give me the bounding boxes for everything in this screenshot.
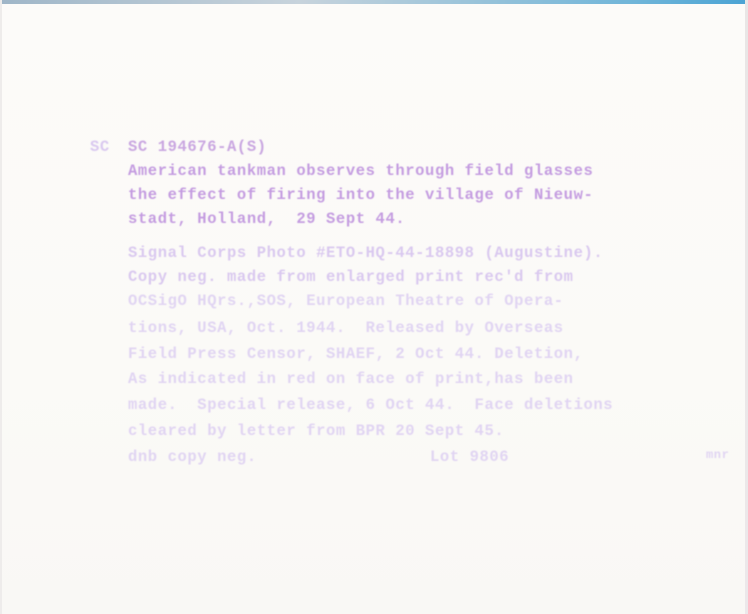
credit-line-4: tions, USA, Oct. 1944. Released by Overs…	[128, 319, 564, 337]
typewritten-caption: SC SC 194676-A(S) American tankman obser…	[0, 0, 748, 614]
photo-id: SC 194676-A(S)	[128, 138, 267, 156]
caption-line-1: American tankman observes through field …	[128, 162, 593, 180]
photo-id-prefix: SC	[90, 138, 110, 156]
initials: mnr	[706, 446, 729, 464]
credit-line-2: Copy neg. made from enlarged print rec'd…	[128, 268, 574, 286]
credit-line-6: As indicated in red on face of print,has…	[128, 370, 574, 388]
photo-back-paper: SC SC 194676-A(S) American tankman obser…	[0, 0, 748, 614]
credit-line-7: made. Special release, 6 Oct 44. Face de…	[128, 396, 613, 414]
credit-line-3: OCSigO HQrs.,SOS, European Theatre of Op…	[128, 292, 564, 310]
caption-line-3: stadt, Holland, 29 Sept 44.	[128, 210, 405, 228]
caption-line-2: the effect of firing into the village of…	[128, 186, 593, 204]
lot-number: Lot 9806	[430, 448, 509, 466]
credit-line-5: Field Press Censor, SHAEF, 2 Oct 44. Del…	[128, 345, 583, 363]
credit-line-1: Signal Corps Photo #ETO-HQ-44-18898 (Aug…	[128, 244, 603, 262]
credit-line-9: dnb copy neg.	[128, 448, 257, 466]
credit-line-8: cleared by letter from BPR 20 Sept 45.	[128, 422, 504, 440]
